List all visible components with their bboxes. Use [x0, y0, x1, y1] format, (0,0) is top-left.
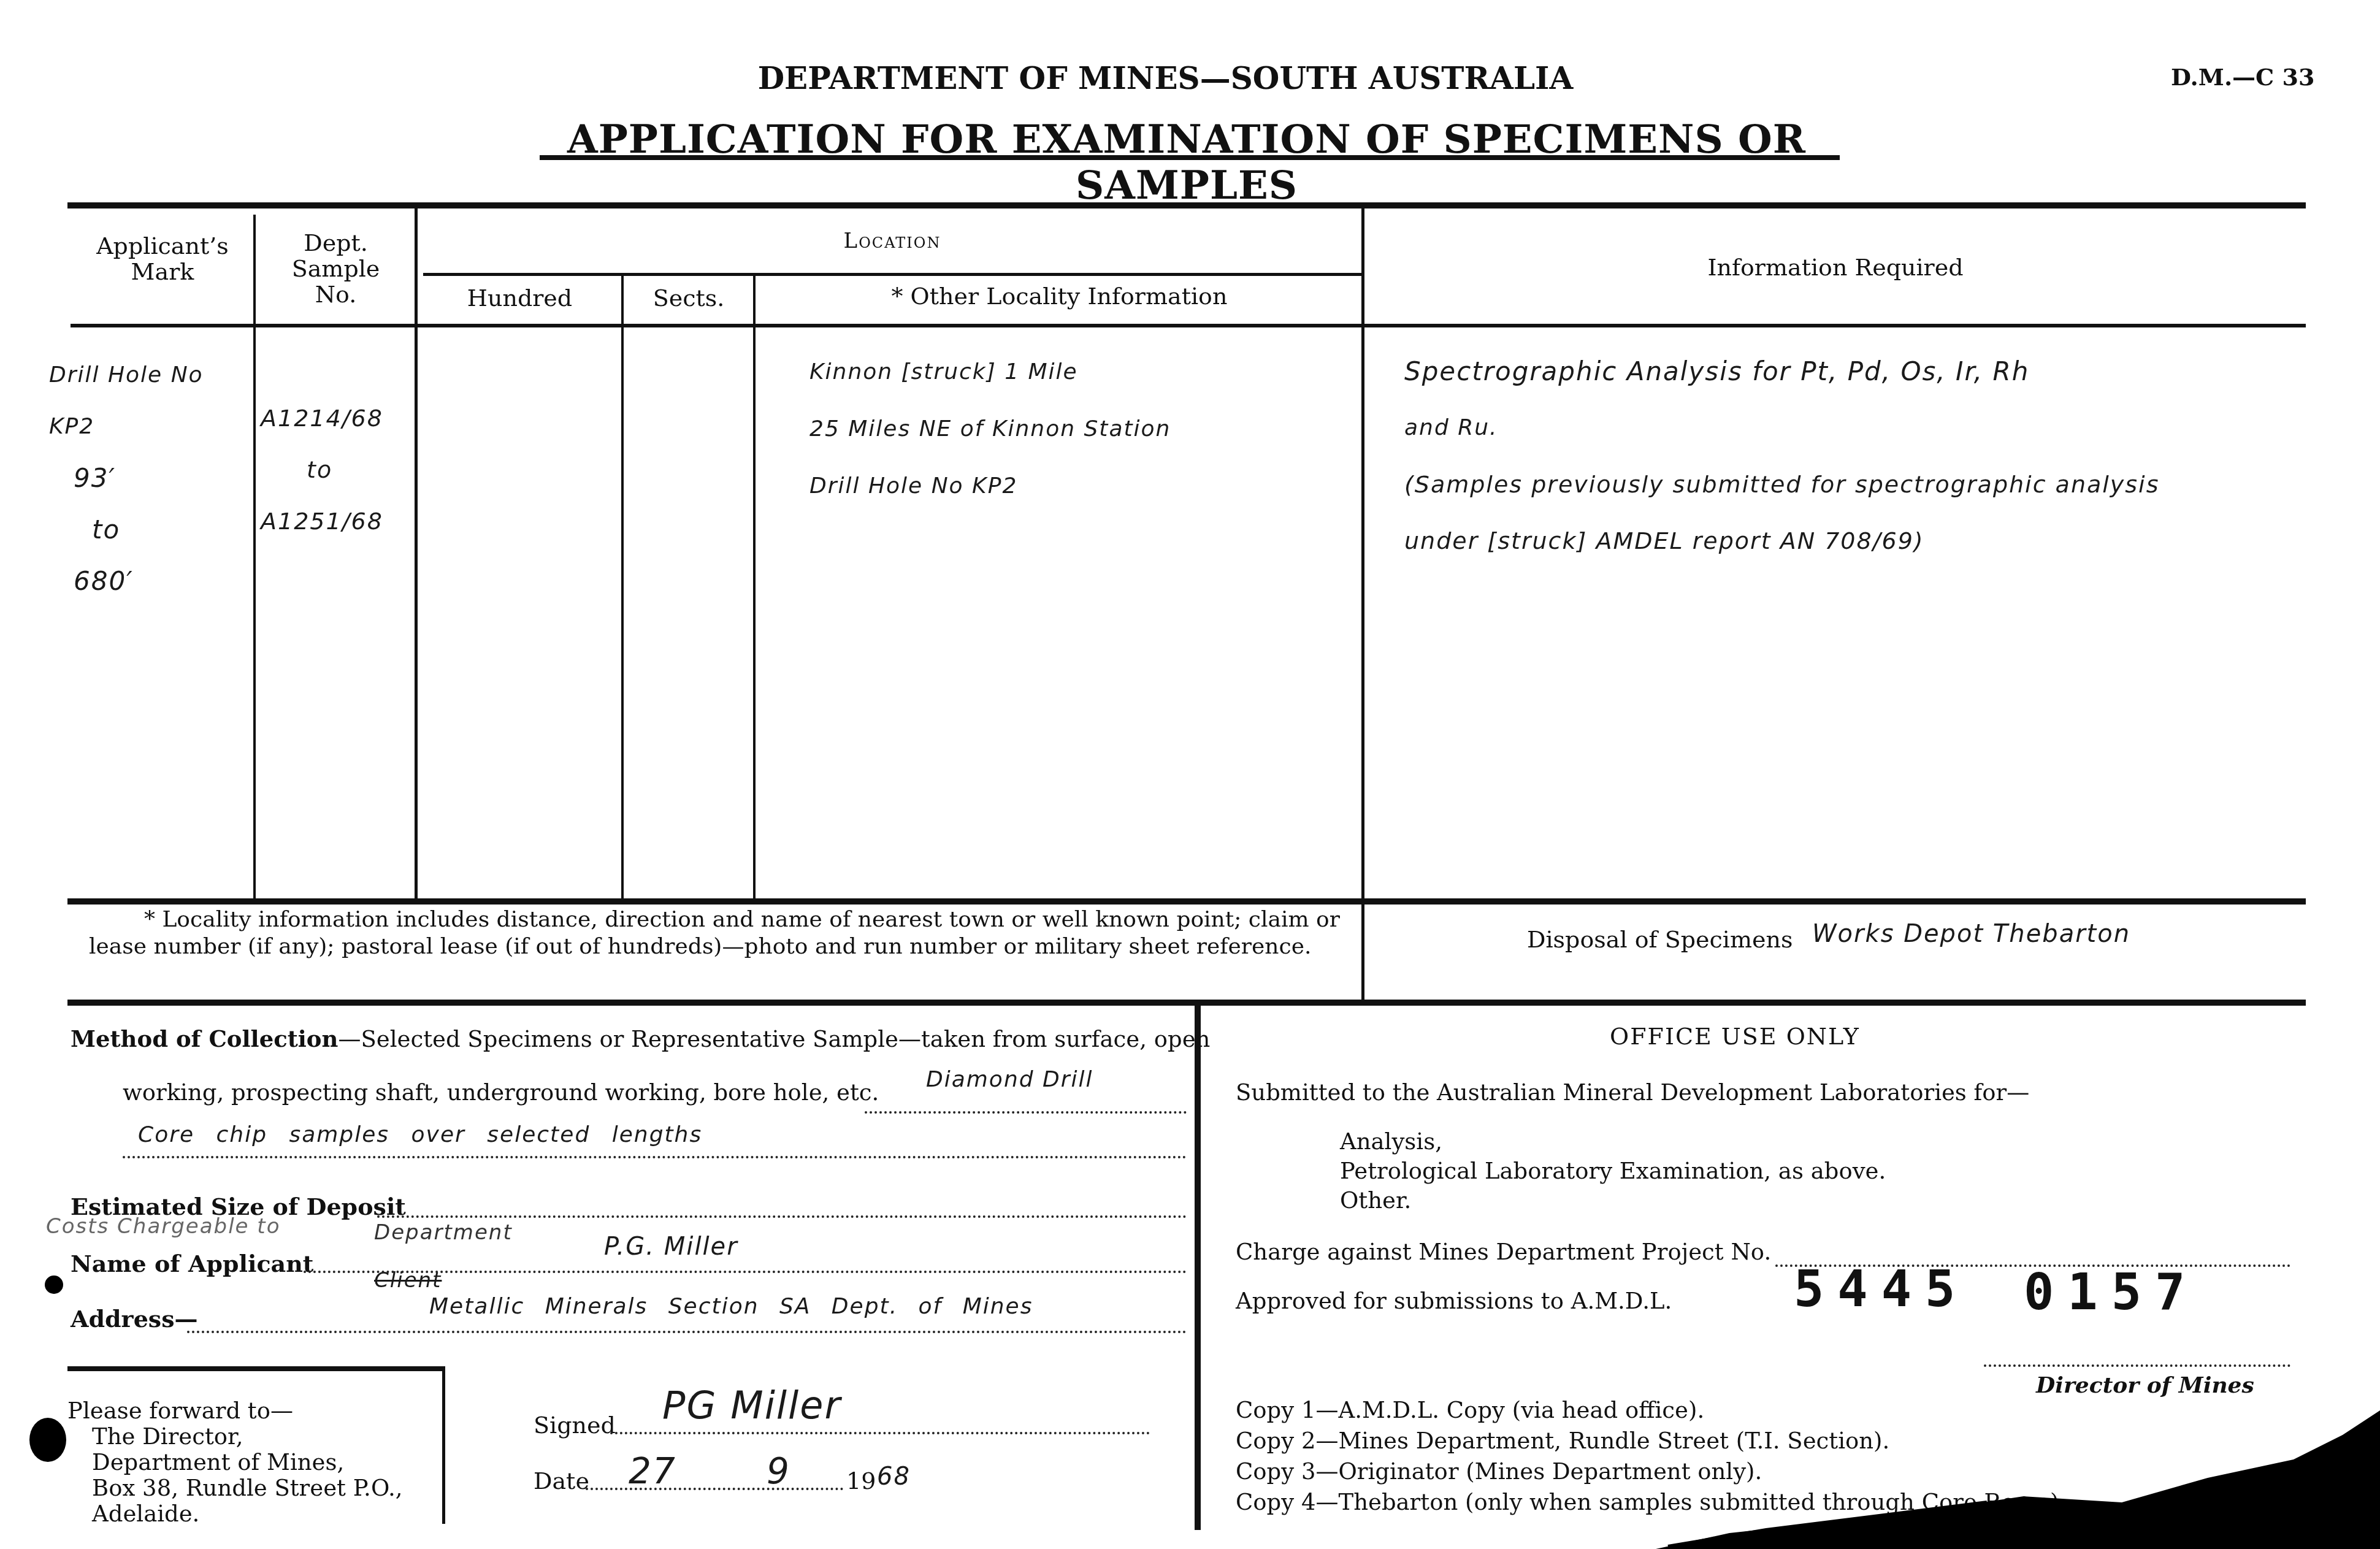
office-submitted-text: Submitted to the Australian Mineral Deve…	[1236, 1079, 2029, 1106]
header-location: Location	[423, 228, 1361, 254]
header-other-locality: * Other Locality Information	[757, 283, 1361, 309]
hundred-cell[interactable]	[420, 334, 619, 898]
col-divider-2	[415, 208, 418, 901]
title-underline	[540, 155, 1840, 160]
option-analysis[interactable]: Analysis,	[1340, 1127, 1886, 1157]
address-label: Address—	[71, 1305, 198, 1333]
form-title: APPLICATION FOR EXAMINATION OF SPECIMENS…	[530, 117, 1843, 208]
office-options: Analysis, Petrological Laboratory Examin…	[1340, 1127, 1886, 1215]
date-year-suffix[interactable]: 68	[877, 1463, 911, 1491]
charge-project-label: Charge against Mines Department Project …	[1236, 1239, 1771, 1265]
signed-label: Signed	[534, 1412, 616, 1439]
forward-box-right	[442, 1366, 445, 1524]
address-line[interactable]	[187, 1331, 1187, 1333]
costs-chargeable-note: Costs Chargeable to	[46, 1214, 280, 1239]
signed-line[interactable]	[610, 1432, 1150, 1434]
location-subheader-rule	[423, 273, 1361, 276]
sects-cell[interactable]	[624, 334, 752, 898]
signature-value[interactable]: PG Miller	[662, 1383, 841, 1428]
director-signature-line[interactable]	[1984, 1364, 2290, 1367]
header-applicants-mark: Applicant’s Mark	[74, 233, 251, 285]
address-value[interactable]: Metallic Minerals Section SA Dept. of Mi…	[429, 1294, 1033, 1319]
information-required-cell[interactable]: Spectrographic Analysis for Pt, Pd, Os, …	[1404, 343, 2300, 569]
other-locality-cell[interactable]: Kinnon [struck] 1 Mile 25 Miles NE of Ki…	[809, 343, 1355, 514]
deposit-line[interactable]	[377, 1215, 1187, 1218]
col-divider-5	[1361, 208, 1364, 901]
date-day[interactable]: 27	[629, 1450, 676, 1492]
locality-note: * Locality information includes distance…	[89, 906, 1340, 960]
charge-option-department: Department	[374, 1220, 513, 1245]
option-other[interactable]: Other.	[1340, 1186, 1886, 1215]
table-bottom-rule	[67, 898, 2306, 905]
project-number-part-b: 0157	[2024, 1263, 2198, 1321]
forward-to-address: Please forward to— The Director, Departm…	[67, 1398, 403, 1527]
date-month[interactable]: 9	[767, 1450, 790, 1492]
header-information-required: Information Required	[1366, 254, 2305, 280]
dept-sample-no-cell[interactable]: A1214/68 to A1251/68	[261, 392, 414, 547]
disposal-value[interactable]: Works Depot Thebarton	[1812, 920, 2130, 948]
date-year-prefix: 19	[846, 1467, 876, 1494]
method-of-collection-line2: working, prospecting shaft, underground …	[123, 1079, 879, 1106]
method-value-1[interactable]: Diamond Drill	[926, 1067, 1093, 1092]
director-of-mines-label: Director of Mines	[2036, 1372, 2254, 1398]
applicant-label: Name of Applicant	[71, 1250, 313, 1277]
lower-divider	[1195, 1003, 1201, 1530]
col-divider-1	[253, 215, 256, 901]
header-hundred: Hundred	[420, 285, 619, 311]
forward-box-top	[67, 1366, 445, 1371]
date-line[interactable]	[586, 1488, 843, 1490]
approved-label: Approved for submissions to A.M.D.L.	[1236, 1288, 1672, 1314]
torn-corner	[1656, 1410, 2380, 1549]
header-dept-sample-no: Dept. Sample No.	[258, 230, 414, 307]
method-line-1	[865, 1111, 1187, 1114]
header-bottom-rule	[71, 324, 2306, 327]
project-number-part-a: 5445	[1794, 1260, 1969, 1318]
method-label: Method of Collection	[71, 1025, 338, 1052]
method-of-collection-line1: Method of Collection—Selected Specimens …	[71, 1025, 1210, 1052]
applicant-value[interactable]: P.G. Miller	[604, 1233, 738, 1261]
office-use-title: OFFICE USE ONLY	[1610, 1023, 1860, 1050]
header-sects: Sects.	[624, 285, 753, 311]
method-value-2[interactable]: Core chip samples over selected lengths	[138, 1122, 702, 1147]
locality-divider	[1361, 901, 1364, 1000]
disposal-label: Disposal of Specimens	[1527, 926, 1793, 953]
table-top-rule	[67, 202, 2306, 208]
department-heading: DEPARTMENT OF MINES—SOUTH AUSTRALIA	[0, 60, 2380, 96]
date-label: Date	[534, 1467, 589, 1494]
hole-punch-mark	[29, 1418, 66, 1462]
col-divider-3	[621, 276, 624, 901]
method-line-2	[123, 1156, 1187, 1158]
locality-bottom-rule	[67, 1000, 2306, 1006]
col-divider-4	[753, 276, 756, 901]
applicant-line[interactable]	[304, 1271, 1187, 1273]
hole-punch-mark-small	[45, 1276, 63, 1294]
form-code: D.M.—C 33	[2171, 63, 2314, 91]
option-petrological[interactable]: Petrological Laboratory Examination, as …	[1340, 1157, 1886, 1186]
applicants-mark-cell[interactable]: Drill Hole No KP2 93′ to 680′	[49, 350, 251, 607]
